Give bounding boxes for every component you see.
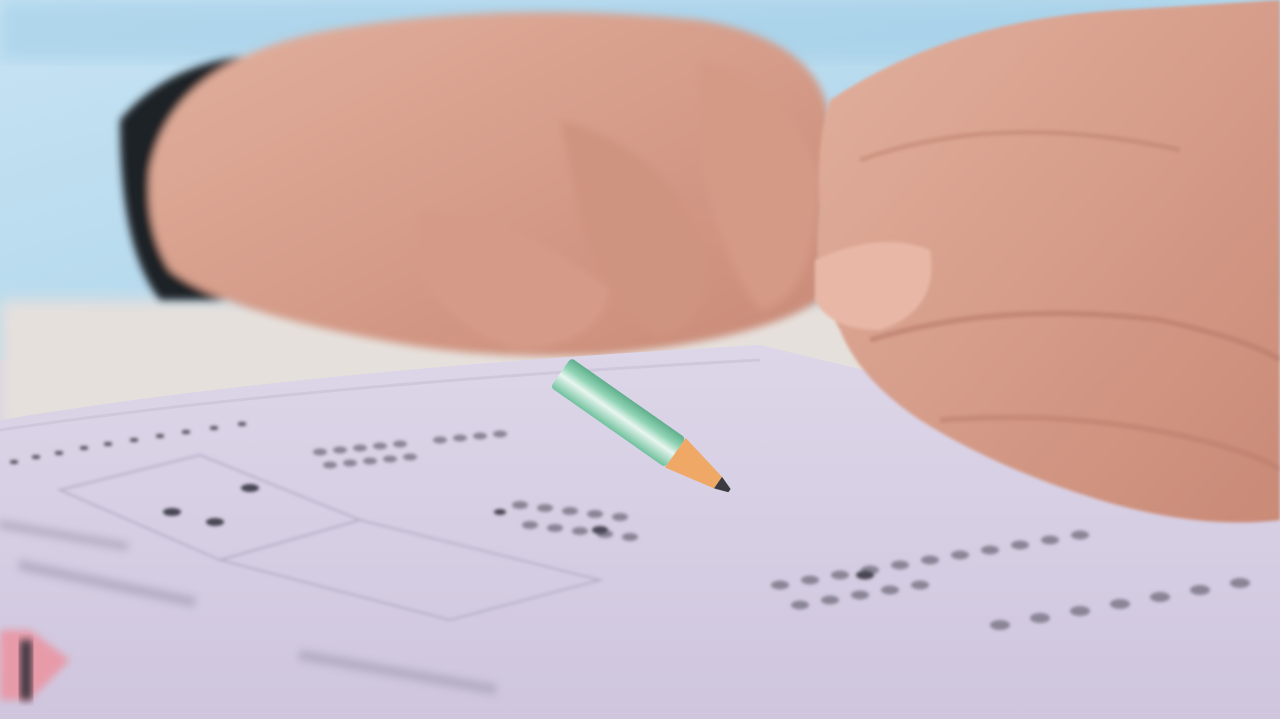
omr-exam-photo [0, 0, 1280, 719]
photo-scene [0, 0, 1280, 719]
